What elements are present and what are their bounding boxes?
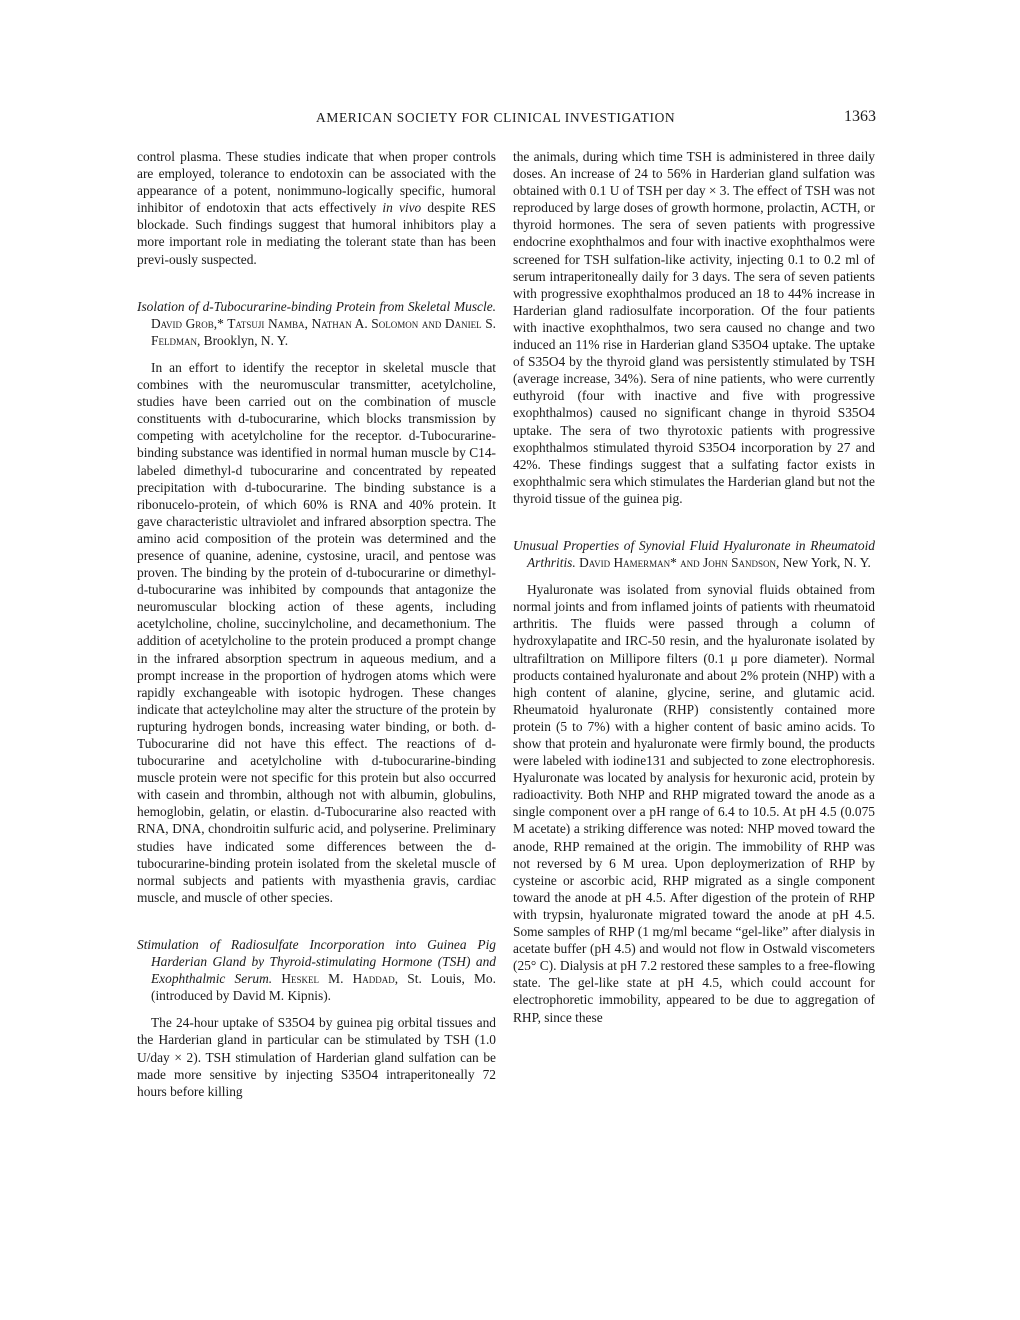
abstract-1-location: , Brooklyn, N. Y.: [197, 333, 288, 348]
abstract-2-body-start: The 24-hour uptake of S35O4 by guinea pi…: [137, 1014, 496, 1099]
continuation-paragraph: control plasma. These studies indicate t…: [137, 148, 496, 268]
page-number: 1363: [844, 108, 876, 126]
running-head: AMERICAN SOCIETY FOR CLINICAL INVESTIGAT…: [316, 110, 675, 126]
abstract-1-body: In an effort to identify the receptor in…: [137, 359, 496, 906]
abstract-3-body: Hyaluronate was isolated from synovial f…: [513, 581, 875, 1025]
page-header: AMERICAN SOCIETY FOR CLINICAL INVESTIGAT…: [136, 110, 876, 130]
abstract-3-heading: Unusual Properties of Synovial Fluid Hya…: [513, 537, 875, 571]
left-column: control plasma. These studies indicate t…: [137, 148, 496, 1100]
abstract-1-title: Isolation of d-Tubocurarine-binding Prot…: [137, 299, 496, 314]
abstract-2-heading: Stimulation of Radiosulfate Incorporatio…: [137, 936, 496, 1004]
abstract-2-authors: Heskel M. Haddad: [281, 971, 394, 986]
abstract-3-location: , New York, N. Y.: [776, 555, 871, 570]
abstract-2-body-continued: the animals, during which time TSH is ad…: [513, 148, 875, 507]
abstract-1-heading: Isolation of d-Tubocurarine-binding Prot…: [137, 298, 496, 349]
abstract-3-authors: David Hamerman* and John Sandson: [579, 555, 776, 570]
right-column: the animals, during which time TSH is ad…: [513, 148, 875, 1026]
